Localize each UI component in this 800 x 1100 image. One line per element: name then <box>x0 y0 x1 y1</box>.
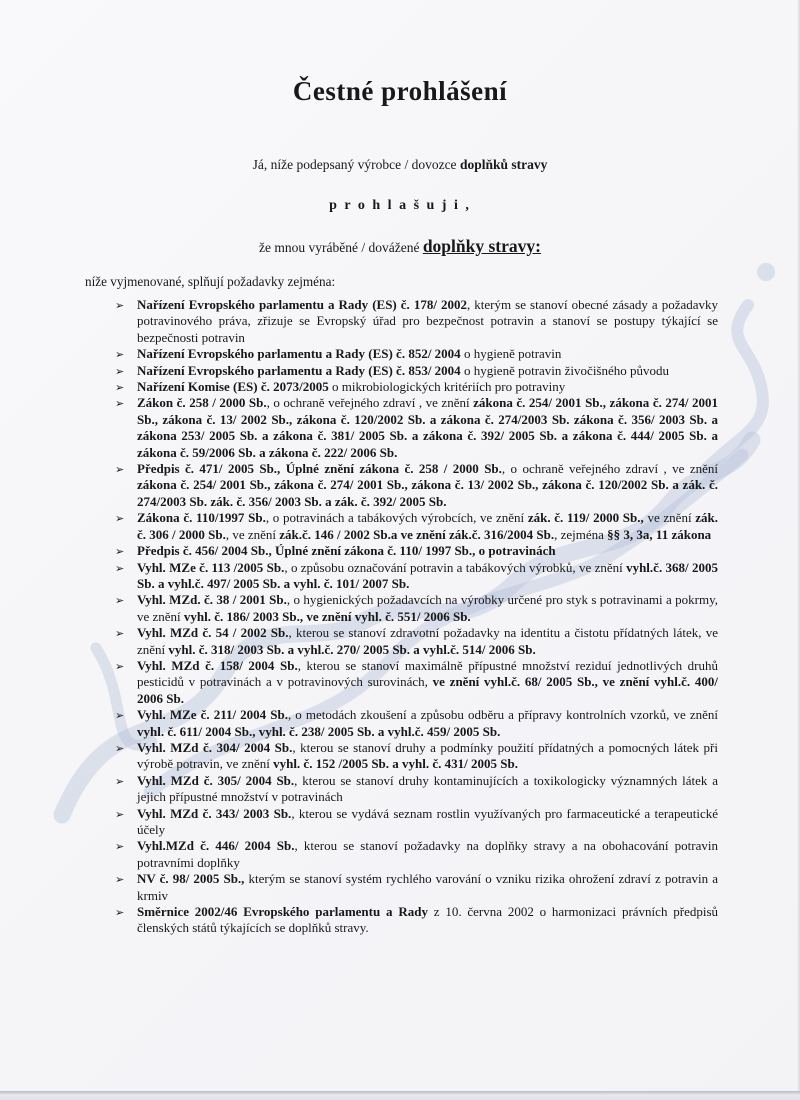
law-list: ➢Nařízení Evropského parlamentu a Rady (… <box>115 297 718 937</box>
arrow-bullet-icon: ➢ <box>115 626 124 642</box>
law-reference: §§ 3, 3a, 11 zákona <box>607 527 711 542</box>
list-item: ➢Předpis č. 456/ 2004 Sb., Úplné znění z… <box>115 543 718 559</box>
list-item: ➢Vyhl. MZd č. 304/ 2004 Sb., kterou se s… <box>115 740 718 773</box>
law-reference: vyhl. č. 152 /2005 Sb. a vyhl. č. 431/ 2… <box>273 756 518 771</box>
law-reference: Vyhl.MZd č. 446/ 2004 Sb. <box>137 838 295 853</box>
arrow-bullet-icon: ➢ <box>115 593 124 609</box>
law-description: , ve znění <box>226 527 279 542</box>
list-item: ➢Vyhl. MZe č. 113 /2005 Sb., o způsobu o… <box>115 560 718 593</box>
law-description: ve znění <box>644 510 696 525</box>
law-reference: vyhl. č. 186/ 2003 Sb., ve znění vyhl. č… <box>184 609 471 624</box>
law-reference: Vyhl. MZd č. 343/ 2003 Sb. <box>137 806 291 821</box>
lead-line: níže vyjmenované, splňují požadavky zejm… <box>85 274 800 290</box>
list-item: ➢Zákona č. 110/1997 Sb., o potravinách a… <box>115 510 718 543</box>
law-description: , zejména <box>554 527 607 542</box>
arrow-bullet-icon: ➢ <box>115 659 124 675</box>
arrow-bullet-icon: ➢ <box>115 298 124 314</box>
law-reference: zák. č. 119/ 2000 Sb., <box>528 510 644 525</box>
law-description: , o potravinách a tabákových výrobcích, … <box>266 510 528 525</box>
law-reference: Zákona č. 110/1997 Sb. <box>137 510 266 525</box>
law-description: , o ochraně veřejného zdraví , ve znění <box>267 395 474 410</box>
arrow-bullet-icon: ➢ <box>115 807 124 823</box>
list-item: ➢Vyhl. MZd č. 305/ 2004 Sb., kterou se s… <box>115 773 718 806</box>
law-reference: Předpis č. 471/ 2005 Sb., Úplné znění zá… <box>137 461 502 476</box>
intro-line-1-text: Já, níže podepsaný výrobce / dovozce <box>253 157 460 172</box>
list-item: ➢Nařízení Komise (ES) č. 2073/2005 o mik… <box>115 379 718 395</box>
list-item: ➢Nařízení Evropského parlamentu a Rady (… <box>115 297 718 346</box>
arrow-bullet-icon: ➢ <box>115 872 124 888</box>
law-reference: Vyhl. MZd č. 158/ 2004 Sb. <box>137 658 298 673</box>
arrow-bullet-icon: ➢ <box>115 544 124 560</box>
intro-line-2: že mnou vyráběné / dovážené doplňky stra… <box>0 236 800 257</box>
intro-line-2-text: že mnou vyráběné / dovážené <box>259 240 423 255</box>
list-item: ➢Zákon č. 258 / 2000 Sb., o ochraně veře… <box>115 395 718 461</box>
list-item: ➢Nařízení Evropského parlamentu a Rady (… <box>115 346 718 362</box>
law-reference: Vyhl. MZe č. 113 /2005 Sb. <box>137 560 284 575</box>
arrow-bullet-icon: ➢ <box>115 380 124 396</box>
arrow-bullet-icon: ➢ <box>115 462 124 478</box>
law-reference: NV č. 98/ 2005 Sb., <box>137 871 244 886</box>
scan-edge-bottom <box>0 1091 800 1100</box>
declaration-word: p r o h l a š u j i , <box>0 198 800 214</box>
law-reference: Vyhl. MZd č. 305/ 2004 Sb. <box>137 773 294 788</box>
list-item: ➢Vyhl.MZd č. 446/ 2004 Sb., kterou se st… <box>115 838 718 871</box>
law-description: o hygieně potravin <box>461 346 562 361</box>
list-item: ➢Směrnice 2002/46 Evropského parlamentu … <box>115 904 718 937</box>
law-reference: zák.č. 146 / 2002 Sb.a ve znění zák.č. 3… <box>279 527 554 542</box>
list-item: ➢Vyhl. MZd č. 54 / 2002 Sb., kterou se s… <box>115 625 718 658</box>
law-reference: zákona č. 254/ 2001 Sb., zákona č. 274/ … <box>137 477 718 508</box>
arrow-bullet-icon: ➢ <box>115 364 124 380</box>
law-reference: Předpis č. 456/ 2004 Sb., Úplné znění zá… <box>137 543 556 558</box>
law-description: o mikrobiologických kritériích pro potra… <box>329 379 565 394</box>
list-item: ➢NV č. 98/ 2005 Sb., kterým se stanoví s… <box>115 871 718 904</box>
law-reference: Zákon č. 258 / 2000 Sb. <box>137 395 267 410</box>
list-item: ➢Vyhl. MZd č. 343/ 2003 Sb., kterou se v… <box>115 806 718 839</box>
arrow-bullet-icon: ➢ <box>115 347 124 363</box>
arrow-bullet-icon: ➢ <box>115 905 124 921</box>
law-reference: Vyhl. MZd č. 304/ 2004 Sb. <box>137 740 292 755</box>
list-item: ➢Vyhl. MZd. č. 38 / 2001 Sb., o hygienic… <box>115 592 718 625</box>
law-reference: Nařízení Komise (ES) č. 2073/2005 <box>137 379 329 394</box>
arrow-bullet-icon: ➢ <box>115 561 124 577</box>
law-description: , o způsobu označování potravin a tabáko… <box>284 560 626 575</box>
arrow-bullet-icon: ➢ <box>115 396 124 412</box>
intro-line-1: Já, níže podepsaný výrobce / dovozce dop… <box>0 157 800 173</box>
list-item: ➢Předpis č. 471/ 2005 Sb., Úplné znění z… <box>115 461 718 510</box>
law-reference: Vyhl. MZe č. 211/ 2004 Sb. <box>137 707 288 722</box>
law-description: , o ochraně veřejného zdraví , ve znění <box>502 461 718 476</box>
law-reference: Vyhl. MZd. č. 38 / 2001 Sb. <box>137 592 287 607</box>
law-description: o hygieně potravin živočišného původu <box>461 363 669 378</box>
law-reference: Nařízení Evropského parlamentu a Rady (E… <box>137 363 461 378</box>
page-title: Čestné prohlášení <box>0 76 800 107</box>
law-reference: Směrnice 2002/46 Evropského parlamentu a… <box>137 904 428 919</box>
law-reference: Vyhl. MZd č. 54 / 2002 Sb. <box>137 625 289 640</box>
list-item: ➢Vyhl. MZd č. 158/ 2004 Sb., kterou se s… <box>115 658 718 707</box>
law-reference: vyhl. č. 318/ 2003 Sb. a vyhl.č. 270/ 20… <box>168 642 535 657</box>
law-reference: Nařízení Evropského parlamentu a Rady (E… <box>137 297 467 312</box>
arrow-bullet-icon: ➢ <box>115 741 124 757</box>
list-item: ➢Vyhl. MZe č. 211/ 2004 Sb., o metodách … <box>115 707 718 740</box>
arrow-bullet-icon: ➢ <box>115 708 124 724</box>
law-reference: Nařízení Evropského parlamentu a Rady (E… <box>137 346 461 361</box>
law-reference: vyhl. č. 611/ 2004 Sb., vyhl. č. 238/ 20… <box>137 724 500 739</box>
law-description: , o metodách zkoušení a způsobu odběru a… <box>288 707 718 722</box>
list-item: ➢Nařízení Evropského parlamentu a Rady (… <box>115 363 718 379</box>
intro-line-2-bold-underline: doplňky stravy: <box>423 236 541 256</box>
declaration-document: Čestné prohlášení Já, níže podepsaný výr… <box>0 76 800 937</box>
arrow-bullet-icon: ➢ <box>115 774 124 790</box>
arrow-bullet-icon: ➢ <box>115 839 124 855</box>
intro-line-1-bold: doplňků stravy <box>460 157 547 172</box>
arrow-bullet-icon: ➢ <box>115 511 124 527</box>
